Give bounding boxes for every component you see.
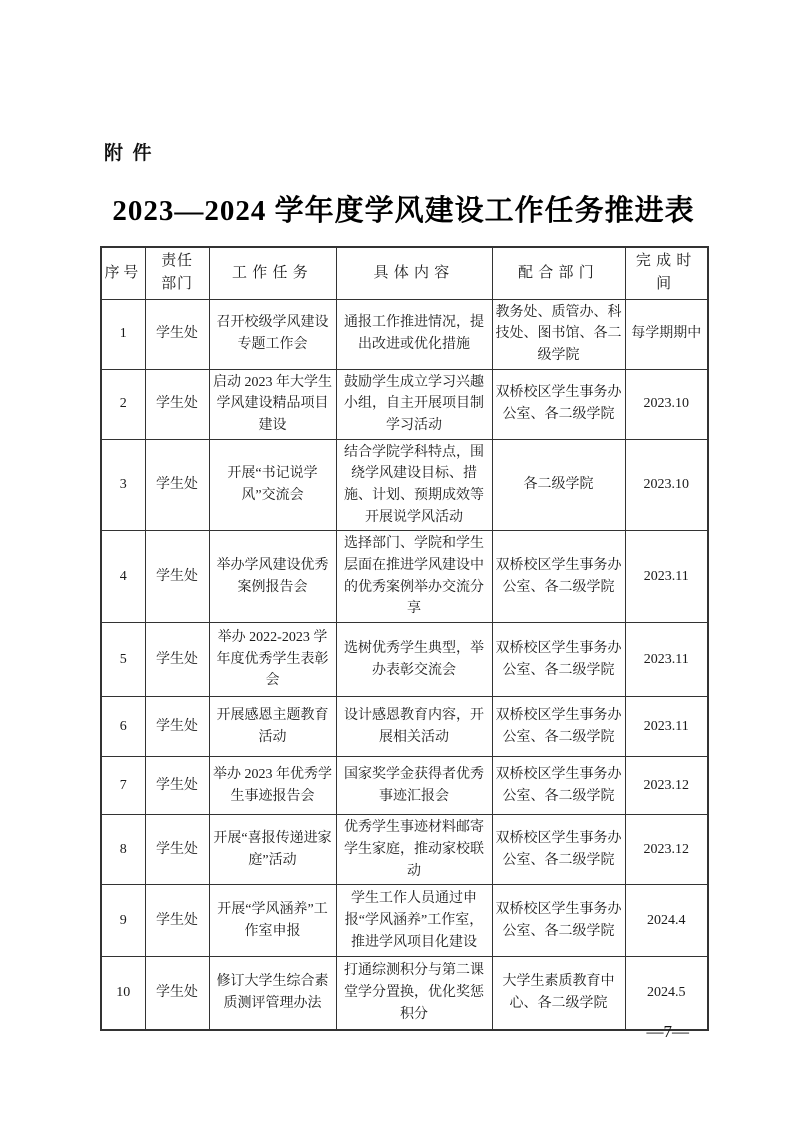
header-row: 序号 责任 部门 工作任务 具体内容 配合部门 完成时间 <box>101 247 708 299</box>
table-row: 7 学生处 举办 2023 年优秀学生事迹报告会 国家奖学金获得者优秀事迹汇报会… <box>101 757 708 815</box>
cell-coop: 双桥校区学生事务办公室、各二级学院 <box>492 757 625 815</box>
cell-coop: 大学生素质教育中心、各二级学院 <box>492 957 625 1030</box>
cell-dept: 学生处 <box>145 885 209 957</box>
cell-coop: 各二级学院 <box>492 439 625 531</box>
cell-number: 10 <box>101 957 145 1030</box>
cell-content: 选树优秀学生典型，举办表彰交流会 <box>336 623 492 697</box>
cell-number: 4 <box>101 531 145 623</box>
page-number: —7— <box>647 1022 690 1042</box>
cell-coop: 教务处、质管办、科技处、图书馆、各二级学院 <box>492 299 625 369</box>
cell-coop: 双桥校区学生事务办公室、各二级学院 <box>492 623 625 697</box>
cell-time: 2023.12 <box>625 757 708 815</box>
cell-time: 2023.10 <box>625 369 708 439</box>
cell-dept: 学生处 <box>145 369 209 439</box>
header-cell-task: 工作任务 <box>209 247 336 299</box>
cell-task: 举办 2023 年优秀学生事迹报告会 <box>209 757 336 815</box>
cell-coop: 双桥校区学生事务办公室、各二级学院 <box>492 885 625 957</box>
cell-task: 开展“喜报传递进家庭”活动 <box>209 815 336 885</box>
cell-number: 7 <box>101 757 145 815</box>
document-page: 附 件 2023—2024 学年度学风建设工作任务推进表 序号 责任 部门 工作… <box>0 0 793 1122</box>
cell-content: 打通综测积分与第二课堂学分置换，优化奖惩积分 <box>336 957 492 1030</box>
table-row: 8 学生处 开展“喜报传递进家庭”活动 优秀学生事迹材料邮寄学生家庭，推动家校联… <box>101 815 708 885</box>
cell-time: 2023.11 <box>625 623 708 697</box>
table-row: 1 学生处 召开校级学风建设专题工作会 通报工作推进情况，提出改进或优化措施 教… <box>101 299 708 369</box>
cell-number: 5 <box>101 623 145 697</box>
cell-time: 2024.5 <box>625 957 708 1030</box>
cell-time: 2023.11 <box>625 697 708 757</box>
cell-number: 6 <box>101 697 145 757</box>
cell-time: 每学期期中 <box>625 299 708 369</box>
table-row: 9 学生处 开展“学风涵养”工作室申报 学生工作人员通过申报“学风涵养”工作室，… <box>101 885 708 957</box>
cell-dept: 学生处 <box>145 439 209 531</box>
cell-dept: 学生处 <box>145 623 209 697</box>
cell-content: 选择部门、学院和学生层面在推进学风建设中的优秀案例举办交流分享 <box>336 531 492 623</box>
page-title: 2023—2024 学年度学风建设工作任务推进表 <box>7 188 793 229</box>
table-row: 4 学生处 举办学风建设优秀案例报告会 选择部门、学院和学生层面在推进学风建设中… <box>101 531 708 623</box>
table-header: 序号 责任 部门 工作任务 具体内容 配合部门 完成时间 <box>101 247 708 299</box>
cell-number: 9 <box>101 885 145 957</box>
cell-task: 举办学风建设优秀案例报告会 <box>209 531 336 623</box>
table-body: 1 学生处 召开校级学风建设专题工作会 通报工作推进情况，提出改进或优化措施 教… <box>101 299 708 1030</box>
cell-task: 举办 2022-2023 学年度优秀学生表彰会 <box>209 623 336 697</box>
header-cell-content: 具体内容 <box>336 247 492 299</box>
table-row: 10 学生处 修订大学生综合素质测评管理办法 打通综测积分与第二课堂学分置换，优… <box>101 957 708 1030</box>
cell-content: 结合学院学科特点，围绕学风建设目标、措施、计划、预期成效等开展说学风活动 <box>336 439 492 531</box>
cell-number: 1 <box>101 299 145 369</box>
header-cell-dept: 责任 部门 <box>145 247 209 299</box>
attachment-label: 附 件 <box>104 138 152 165</box>
cell-task: 开展“学风涵养”工作室申报 <box>209 885 336 957</box>
cell-time: 2023.12 <box>625 815 708 885</box>
cell-coop: 双桥校区学生事务办公室、各二级学院 <box>492 531 625 623</box>
table-row: 5 学生处 举办 2022-2023 学年度优秀学生表彰会 选树优秀学生典型，举… <box>101 623 708 697</box>
cell-content: 鼓励学生成立学习兴趣小组，自主开展项目制学习活动 <box>336 369 492 439</box>
cell-task: 召开校级学风建设专题工作会 <box>209 299 336 369</box>
header-cell-number: 序号 <box>101 247 145 299</box>
cell-dept: 学生处 <box>145 531 209 623</box>
cell-content: 国家奖学金获得者优秀事迹汇报会 <box>336 757 492 815</box>
cell-dept: 学生处 <box>145 757 209 815</box>
cell-time: 2023.10 <box>625 439 708 531</box>
header-cell-coop: 配合部门 <box>492 247 625 299</box>
cell-number: 8 <box>101 815 145 885</box>
cell-content: 学生工作人员通过申报“学风涵养”工作室，推进学风项目化建设 <box>336 885 492 957</box>
table-row: 2 学生处 启动 2023 年大学生学风建设精品项目建设 鼓励学生成立学习兴趣小… <box>101 369 708 439</box>
cell-dept: 学生处 <box>145 697 209 757</box>
table-row: 6 学生处 开展感恩主题教育活动 设计感恩教育内容，开展相关活动 双桥校区学生事… <box>101 697 708 757</box>
cell-number: 3 <box>101 439 145 531</box>
cell-task: 修订大学生综合素质测评管理办法 <box>209 957 336 1030</box>
task-schedule-table: 序号 责任 部门 工作任务 具体内容 配合部门 完成时间 1 学生处 召开校级学… <box>100 246 709 1031</box>
cell-number: 2 <box>101 369 145 439</box>
cell-task: 开展感恩主题教育活动 <box>209 697 336 757</box>
cell-content: 设计感恩教育内容，开展相关活动 <box>336 697 492 757</box>
cell-coop: 双桥校区学生事务办公室、各二级学院 <box>492 697 625 757</box>
cell-coop: 双桥校区学生事务办公室、各二级学院 <box>492 815 625 885</box>
cell-dept: 学生处 <box>145 299 209 369</box>
cell-time: 2023.11 <box>625 531 708 623</box>
cell-coop: 双桥校区学生事务办公室、各二级学院 <box>492 369 625 439</box>
cell-task: 启动 2023 年大学生学风建设精品项目建设 <box>209 369 336 439</box>
cell-dept: 学生处 <box>145 957 209 1030</box>
cell-time: 2024.4 <box>625 885 708 957</box>
cell-task: 开展“书记说学风”交流会 <box>209 439 336 531</box>
table-row: 3 学生处 开展“书记说学风”交流会 结合学院学科特点，围绕学风建设目标、措施、… <box>101 439 708 531</box>
header-cell-time: 完成时间 <box>625 247 708 299</box>
cell-content: 优秀学生事迹材料邮寄学生家庭，推动家校联动 <box>336 815 492 885</box>
cell-dept: 学生处 <box>145 815 209 885</box>
cell-content: 通报工作推进情况，提出改进或优化措施 <box>336 299 492 369</box>
